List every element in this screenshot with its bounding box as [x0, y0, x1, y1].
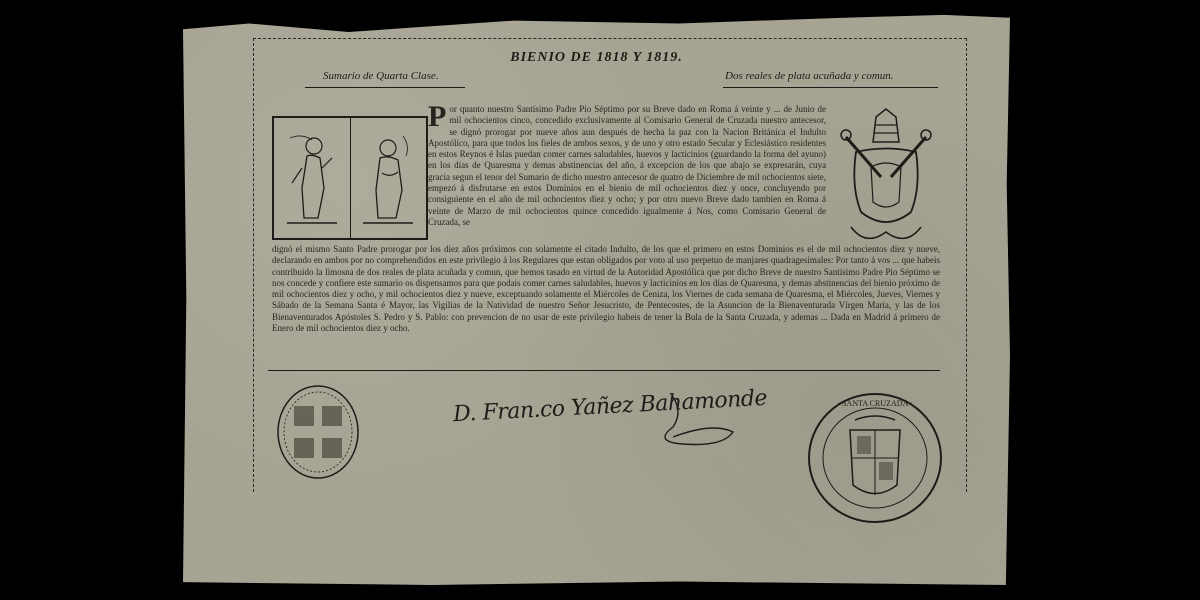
document-title: BIENIO DE 1818 Y 1819. — [183, 50, 1010, 66]
saint-right-icon — [351, 118, 427, 238]
price-label: Dos reales de plata acuñada y comun. — [725, 70, 894, 82]
rule-divider — [268, 370, 940, 371]
indulgence-text-lower: dignó el mismo Santo Padre prorogar por … — [272, 244, 940, 334]
coat-of-arms-seal-icon: · SANTA CRUZADA · — [805, 390, 945, 526]
drop-cap: P — [428, 104, 446, 130]
paragraph-1: or quanto nuestro Santísimo Padre Pio Sé… — [428, 104, 826, 227]
papal-arms-icon — [831, 107, 941, 257]
signature-flourish-icon — [643, 392, 743, 452]
indulgence-text-upper: P or quanto nuestro Santísimo Padre Pio … — [428, 104, 826, 228]
rule-divider — [723, 87, 938, 88]
cross-seal-icon — [276, 384, 360, 480]
saint-left-icon — [274, 118, 351, 238]
two-saints-woodcut-icon — [272, 116, 428, 240]
svg-text:· SANTA CRUZADA ·: · SANTA CRUZADA · — [837, 399, 912, 408]
class-label: Sumario de Quarta Clase. — [323, 70, 439, 82]
document-sheet: BIENIO DE 1818 Y 1819. Sumario de Quarta… — [183, 12, 1010, 585]
rule-divider — [305, 87, 465, 88]
